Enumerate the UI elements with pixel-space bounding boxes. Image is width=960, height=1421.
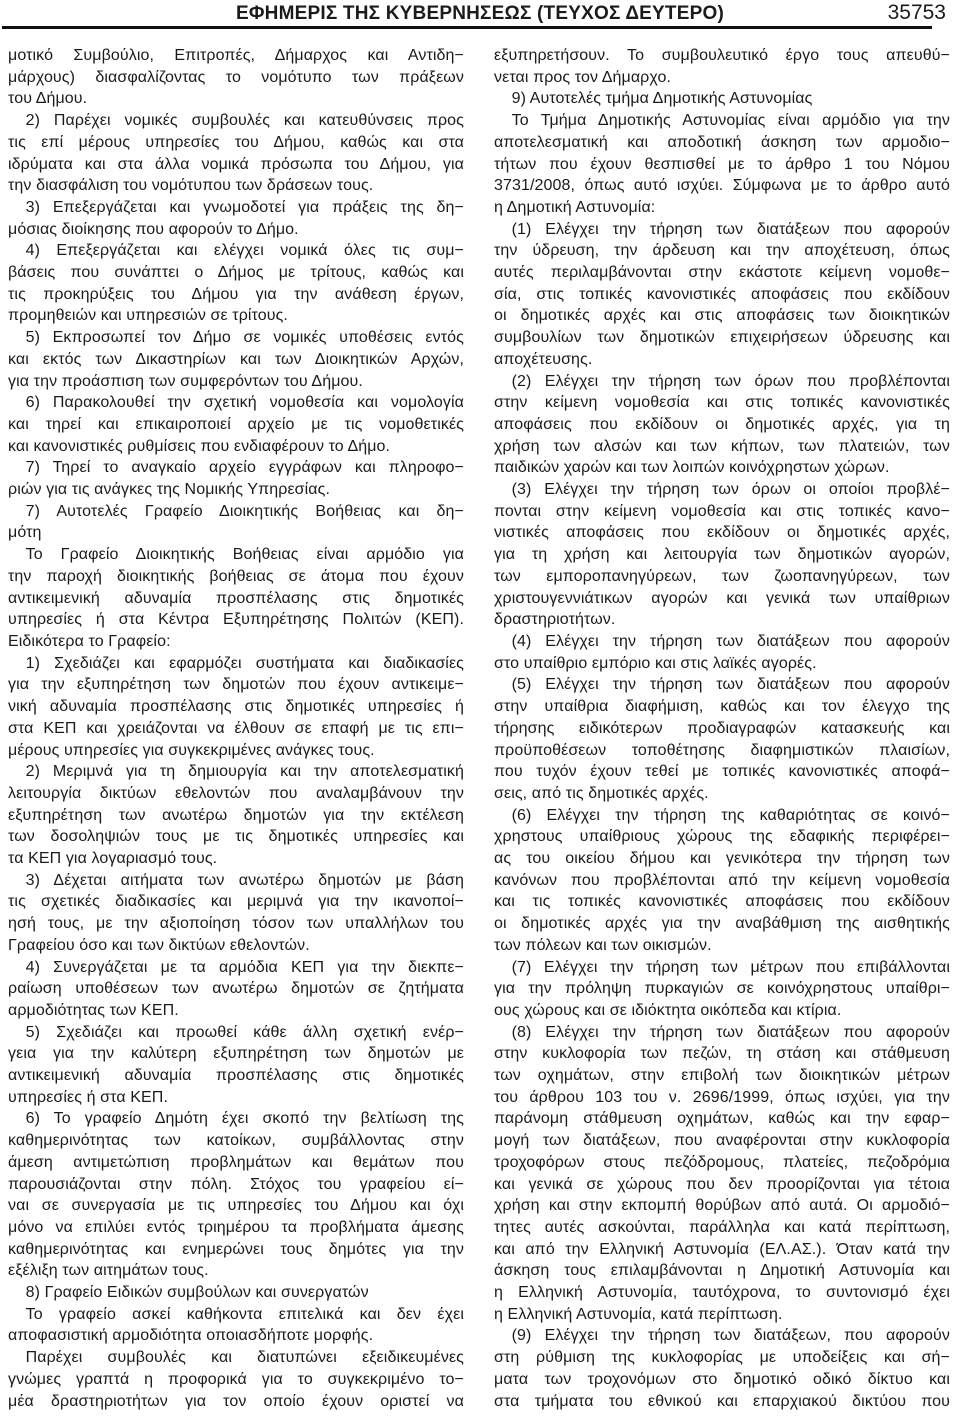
text-line: των εμποροπανηγύρεων, των ζωοπανηγύρεων,…	[494, 566, 950, 588]
text-line: στη ρύθμιση της κυκλοφορίας με υποδείξει…	[494, 1347, 950, 1369]
paragraph: (6) Ελέγχει την τήρηση της καθαριότητας …	[494, 805, 950, 957]
text-line: ιδρύματα και στα άλλα νομικά πρόσωπα του…	[8, 154, 464, 176]
page-header: ΕΦΗΜΕΡΙΣ ΤΗΣ ΚΥΒΕΡΝΗΣΕΩΣ (ΤΕΥΧΟΣ ΔΕΥΤΕΡΟ…	[0, 0, 960, 26]
text-line: ματα των τροχονόμων στο δημοτικό οδικό δ…	[494, 1369, 950, 1391]
text-line: νεται προς τον Δήμαρχο.	[494, 67, 950, 89]
text-line: Το Τμήμα Δημοτικής Αστυνομίας είναι αρμό…	[494, 110, 950, 132]
text-line: και τηρεί και επικαιροποιεί αρχείο με τι…	[8, 414, 464, 436]
text-line: (8) Ελέγχει την τήρηση των διατάξεων που…	[494, 1022, 950, 1044]
text-line: των οχημάτων, στην επιβολή των διοικητικ…	[494, 1065, 950, 1087]
text-line: υπηρεσίες ή στα Κέντρα Εξυπηρέτησης Πολι…	[8, 609, 464, 631]
text-line: στην υπαίθρια διαφήμιση, καθώς και τον έ…	[494, 696, 950, 718]
text-line: στο υπαίθριο εμπόριο και στις λαϊκές αγο…	[494, 653, 950, 675]
text-line: χρηστους υπαίθριους χώρους της εδαφικής …	[494, 826, 950, 848]
text-line: 1) Σχεδιάζει και εφαρμόζει συστήματα και…	[8, 653, 464, 675]
text-line: 5) Σχεδιάζει και προωθεί κάθε άλλη σχετι…	[8, 1022, 464, 1044]
text-line: μοτικό Συμβούλιο, Επιτροπές, Δήμαρχος κα…	[8, 45, 464, 67]
text-line: τις σχετικές διαδικασίες και μεριμνά για…	[8, 891, 464, 913]
text-line: για την πρόληψη πυρκαγιών σε κοινόχρηστο…	[494, 978, 950, 1000]
text-line: προμηθειών και υπηρεσιών σε τρίτους.	[8, 305, 464, 327]
text-line: 5) Εκπροσωπεί τον Δήμο σε νομικές υποθέσ…	[8, 327, 464, 349]
text-line: 7) Αυτοτελές Γραφείο Διοικητικής Βοήθεια…	[8, 501, 464, 523]
text-line: 8) Γραφείο Ειδικών συμβούλων και συνεργα…	[8, 1282, 464, 1304]
text-line: (5) Ελέγχει την τήρηση των διατάξεων που…	[494, 674, 950, 696]
text-line: σία, στις τοπικές κανονιστικές αποφάσεις…	[494, 284, 950, 306]
text-line: άσκηση τους επιλαμβάνονται η Δημοτική Ασ…	[494, 1260, 950, 1282]
text-line: μέα δραστηριοτήτων για τον οποίο έχουν ο…	[8, 1391, 464, 1413]
page-number: 35753	[888, 1, 946, 25]
text-line: ησή τους, με την αξιοποίηση τόσον των υπ…	[8, 913, 464, 935]
paragraph: 3) Επεξεργάζεται και γνωμοδοτεί για πράξ…	[8, 197, 464, 240]
text-line: οι δημοτικές αρχές για την αναβάθμιση τη…	[494, 913, 950, 935]
text-line: παράνομη στάθμευση οχημάτων, καθώς και τ…	[494, 1108, 950, 1130]
text-line: και τις τοπικές κανονιστικές αποφάσεις π…	[494, 891, 950, 913]
text-columns: μοτικό Συμβούλιο, Επιτροπές, Δήμαρχος κα…	[8, 45, 950, 1412]
text-line: 6) Το γραφείο Δημότη έχει σκοπό την βελτ…	[8, 1108, 464, 1130]
page-title: ΕΦΗΜΕΡΙΣ ΤΗΣ ΚΥΒΕΡΝΗΣΕΩΣ (ΤΕΥΧΟΣ ΔΕΥΤΕΡΟ…	[0, 3, 960, 25]
paragraph: (3) Ελέγχει την τήρηση των όρων οι οποίο…	[494, 479, 950, 631]
text-line: γνώμες γραπτά η προφορικά για το συγκεκρ…	[8, 1369, 464, 1391]
text-line: αποχέτευσης.	[494, 349, 950, 371]
text-line: ναι σε συνεργασία με τις υπηρεσίες του Δ…	[8, 1195, 464, 1217]
text-line: την ύδρευση, την άρδευση και την αποχέτε…	[494, 240, 950, 262]
text-line: τητες αυτές ασκούνται, παράλληλα και κατ…	[494, 1217, 950, 1239]
text-line: στην κυκλοφορία των πεζών, τη στάση και …	[494, 1043, 950, 1065]
text-line: αρμοδιότητας των ΚΕΠ.	[8, 1000, 464, 1022]
text-line: τροχοφόρων στους πεζόδρομους, πλατείες, …	[494, 1152, 950, 1174]
text-line: μέρους υπηρεσίες για συγκεκριμένες ανάγκ…	[8, 740, 464, 762]
text-line: για την προάσπιση των συμφερόντων του Δή…	[8, 371, 464, 393]
text-line: Ειδικότερα το Γραφείο:	[8, 631, 464, 653]
text-line: 3) Δέχεται αιτήματα των ανωτέρω δημοτών …	[8, 870, 464, 892]
text-line: ριών για τις ανάγκες της Νομικής Υπηρεσί…	[8, 479, 464, 501]
text-line: στην κείμενη νομοθεσία και στις τοπικές …	[494, 392, 950, 414]
text-line: εξυπηρέτηση των ανωτέρω δημοτών για την …	[8, 805, 464, 827]
text-line: μάρχους) διασφαλίζοντας το νομότυπο των …	[8, 67, 464, 89]
paragraph: 5) Σχεδιάζει και προωθεί κάθε άλλη σχετι…	[8, 1022, 464, 1109]
text-line: (4) Ελέγχει την τήρηση των διατάξεων που…	[494, 631, 950, 653]
text-line: 9) Αυτοτελές τμήμα Δημοτικής Αστυνομίας	[494, 88, 950, 110]
text-line: υπηρεσίες ή στα ΚΕΠ.	[8, 1087, 464, 1109]
text-line: και γενικά σε χώρους που δεν προορίζοντα…	[494, 1174, 950, 1196]
paragraph: 7) Αυτοτελές Γραφείο Διοικητικής Βοήθεια…	[8, 501, 464, 544]
text-line: 2) Μεριμνά για τη δημιουργία και την απο…	[8, 761, 464, 783]
paragraph: εξυπηρετήσουν. Το συμβουλευτικό έργο του…	[494, 45, 950, 88]
text-line: για την εξυπηρέτηση των δημοτών που έχου…	[8, 674, 464, 696]
text-line: η Δημοτική Αστυνομία:	[494, 197, 950, 219]
text-line: (2) Ελέγχει την τήρηση των όρων που προβ…	[494, 371, 950, 393]
text-line: (6) Ελέγχει την τήρηση της καθαριότητας …	[494, 805, 950, 827]
text-line: (9) Ελέγχει την τήρηση των διατάξεων, πο…	[494, 1325, 950, 1347]
text-line: βάσεις που συνάπτει ο Δήμος με τρίτους, …	[8, 262, 464, 284]
text-line: εξέλιξη των αιτημάτων τους.	[8, 1260, 464, 1282]
paragraph: 2) Μεριμνά για τη δημιουργία και την απο…	[8, 761, 464, 870]
text-line: Το Γραφείο Διοικητικής Βοήθειας είναι αρ…	[8, 544, 464, 566]
text-line: η Ελληνική Αστυνομία, κατά περίπτωση.	[494, 1304, 950, 1326]
text-line: Παρέχει συμβουλές και διατυπώνει εξειδικ…	[8, 1347, 464, 1369]
text-line: αποτελεσματική και αποδοτική άσκηση των …	[494, 132, 950, 154]
paragraph: (8) Ελέγχει την τήρηση των διατάξεων που…	[494, 1022, 950, 1326]
paragraph: 1) Σχεδιάζει και εφαρμόζει συστήματα και…	[8, 653, 464, 762]
text-line: την διασφάλιση του νομότυπου των δράσεων…	[8, 175, 464, 197]
header-rule	[2, 26, 932, 29]
text-line: τις επί μέρους υπηρεσίες του Δήμου, καθώ…	[8, 132, 464, 154]
text-line: μόνο να επιλύει εντός τριημέρου τα προβλ…	[8, 1217, 464, 1239]
text-line: 3) Επεξεργάζεται και γνωμοδοτεί για πράξ…	[8, 197, 464, 219]
text-line: 4) Επεξεργάζεται και ελέγχει νομικά όλες…	[8, 240, 464, 262]
text-line: προϋποθέσεων τοποθέτησης διαφημιστικών π…	[494, 740, 950, 762]
text-line: Το γραφείο ασκεί καθήκοντα επιτελικά και…	[8, 1304, 464, 1326]
text-line: αντικειμενική αδυναμία προσπέλασης στις …	[8, 1065, 464, 1087]
text-line: οι δημοτικές αρχές και στις αποφάσεις τω…	[494, 305, 950, 327]
text-line: μόσιας διοίκησης που αφορούν το Δήμο.	[8, 219, 464, 241]
text-line: 6) Παρακολουθεί την σχετική νομοθεσία κα…	[8, 392, 464, 414]
text-line: τις προκηρύξεις του Δήμου για την ανάθεσ…	[8, 284, 464, 306]
text-line: χρήση των αλσών και των κήπων, των πλατε…	[494, 436, 950, 458]
text-line: του άρθρου 103 του ν. 2696/1999, όπως ισ…	[494, 1087, 950, 1109]
text-line: Γραφείου όσο και των δικτύων εθελοντών.	[8, 935, 464, 957]
paragraph: μοτικό Συμβούλιο, Επιτροπές, Δήμαρχος κα…	[8, 45, 464, 110]
text-line: τα ΚΕΠ για λογαριασμό τους.	[8, 848, 464, 870]
text-line: μότη	[8, 522, 464, 544]
text-line: των δοσοληψιών τους με τις δημοτικές υπη…	[8, 826, 464, 848]
text-line: η Ελληνική Αστυνομία, ταυτόχρονα, το συν…	[494, 1282, 950, 1304]
text-line: πονται στην κείμενη νομοθεσία και στις τ…	[494, 501, 950, 523]
paragraph: 5) Εκπροσωπεί τον Δήμο σε νομικές υποθέσ…	[8, 327, 464, 392]
text-line: τήρησης ειδικότερων προδιαγραφών κατασκε…	[494, 718, 950, 740]
text-line: 3731/2008, όπως αυτό ισχύει. Σύμφωνα με …	[494, 175, 950, 197]
paragraph: Το γραφείο ασκεί καθήκοντα επιτελικά και…	[8, 1304, 464, 1347]
text-line: και εκτός των Δικαστηρίων και των Διοικη…	[8, 349, 464, 371]
text-line: κανόνων που προβλέπονται από την κείμενη…	[494, 870, 950, 892]
text-line: εξυπηρετήσουν. Το συμβουλευτικό έργο του…	[494, 45, 950, 67]
text-line: παρουσιάζονται στην πόλη. Στόχος του γρα…	[8, 1174, 464, 1196]
text-line: νική αδυναμία προσπέλασης στις δημοτικές…	[8, 696, 464, 718]
text-line: και κανονιστικές ρυθμίσεις που ενδιαφέρο…	[8, 436, 464, 458]
text-line: 7) Τηρεί το αναγκαίο αρχείο εγγράφων και…	[8, 457, 464, 479]
paragraph: 7) Τηρεί το αναγκαίο αρχείο εγγράφων και…	[8, 457, 464, 500]
paragraph: 9) Αυτοτελές τμήμα Δημοτικής Αστυνομίας	[494, 88, 950, 110]
text-line: αντικειμενική αδυναμία προσπέλασης στις …	[8, 588, 464, 610]
text-line: για τη χρήση και λειτουργία των δημοτικώ…	[494, 544, 950, 566]
text-line: άμεση αντιμετώπιση προβλημάτων και θεμάτ…	[8, 1152, 464, 1174]
text-line: νιστικές αποφάσεις που εκδίδουν οι δημοτ…	[494, 522, 950, 544]
paragraph: 4) Συνεργάζεται με τα αρμόδια ΚΕΠ για τη…	[8, 957, 464, 1022]
text-line: λειτουργία δικτύων εθελοντών που αναλαμβ…	[8, 783, 464, 805]
paragraph: (4) Ελέγχει την τήρηση των διατάξεων που…	[494, 631, 950, 674]
text-line: καθημερινότητας και ενημερώνει τους δημό…	[8, 1239, 464, 1261]
text-line: την παροχή διοικητικής βοήθειας σε άτομα…	[8, 566, 464, 588]
text-line: αποφασιστική αρμοδιότητα οποιασδήποτε μο…	[8, 1325, 464, 1347]
text-line: γεια για την καλύτερη εξυπηρέτηση των δη…	[8, 1043, 464, 1065]
text-line: που τυχόν έχουν τεθεί με τοπικές κανονισ…	[494, 761, 950, 783]
text-line: χριστουγεννιάτικων αγορών και γενικά των…	[494, 588, 950, 610]
text-line: αυτές περιλαμβάνονται στην εκάστοτε κείμ…	[494, 262, 950, 284]
paragraph: (5) Ελέγχει την τήρηση των διατάξεων που…	[494, 674, 950, 804]
text-line: ραίωση υποθέσεων των ανωτέρω δημοτών σε …	[8, 978, 464, 1000]
paragraph: (7) Ελέγχει την τήρηση των μέτρων που επ…	[494, 957, 950, 1022]
paragraph: 2) Παρέχει νομικές συμβουλές και κατευθύ…	[8, 110, 464, 197]
text-line: (1) Ελέγχει την τήρηση των διατάξεων που…	[494, 219, 950, 241]
text-line: συμβουλίων των δημοτικών επιχειρήσεων ύδ…	[494, 327, 950, 349]
text-line: στα ΚΕΠ και χρειάζονται να έλθουν σε επα…	[8, 718, 464, 740]
text-line: σεις, από τις δημοτικές αρχές.	[494, 783, 950, 805]
text-line: δραστηριοτήτων.	[494, 609, 950, 631]
paragraph: (2) Ελέγχει την τήρηση των όρων που προβ…	[494, 371, 950, 480]
text-line: στα τμήματα του εθνικού και επαρχιακού δ…	[494, 1391, 950, 1413]
text-line: χρήση και στην εκπομπή θορύβων από αυτά.…	[494, 1195, 950, 1217]
text-line: και από την Ελληνική Αστυνομία (ΕΛ.ΑΣ.).…	[494, 1239, 950, 1261]
text-line: καθημερινότητας των κατοίκων, συμβάλλοντ…	[8, 1130, 464, 1152]
paragraph: Το Γραφείο Διοικητικής Βοήθειας είναι αρ…	[8, 544, 464, 653]
text-line: ους χώρους και σε ιδιόκτητα οικόπεδα και…	[494, 1000, 950, 1022]
text-line: ας του οικείου δήμου και γενικότερα την …	[494, 848, 950, 870]
right-column: εξυπηρετήσουν. Το συμβουλευτικό έργο του…	[494, 45, 950, 1412]
text-line: 2) Παρέχει νομικές συμβουλές και κατευθύ…	[8, 110, 464, 132]
text-line: αποφάσεις που εκδίδουν οι δημοτικές αρχέ…	[494, 414, 950, 436]
paragraph: 6) Παρακολουθεί την σχετική νομοθεσία κα…	[8, 392, 464, 457]
text-line: (7) Ελέγχει την τήρηση των μέτρων που επ…	[494, 957, 950, 979]
text-line: του Δήμου.	[8, 88, 464, 110]
paragraph: 3) Δέχεται αιτήματα των ανωτέρω δημοτών …	[8, 870, 464, 957]
text-line: τήτων που έχουν θεσπισθεί με το άρθρο 1 …	[494, 154, 950, 176]
paragraph: 6) Το γραφείο Δημότη έχει σκοπό την βελτ…	[8, 1108, 464, 1282]
text-line: παιδικών χαρών και των λοιπών κοινόχρηστ…	[494, 457, 950, 479]
text-line: 4) Συνεργάζεται με τα αρμόδια ΚΕΠ για τη…	[8, 957, 464, 979]
paragraph: Το Τμήμα Δημοτικής Αστυνομίας είναι αρμό…	[494, 110, 950, 219]
paragraph: 4) Επεξεργάζεται και ελέγχει νομικά όλες…	[8, 240, 464, 327]
paragraph: 8) Γραφείο Ειδικών συμβούλων και συνεργα…	[8, 1282, 464, 1304]
text-line: (3) Ελέγχει την τήρηση των όρων οι οποίο…	[494, 479, 950, 501]
gazette-page: ΕΦΗΜΕΡΙΣ ΤΗΣ ΚΥΒΕΡΝΗΣΕΩΣ (ΤΕΥΧΟΣ ΔΕΥΤΕΡΟ…	[0, 0, 960, 1421]
paragraph: (9) Ελέγχει την τήρηση των διατάξεων, πο…	[494, 1325, 950, 1412]
paragraph: Παρέχει συμβουλές και διατυπώνει εξειδικ…	[8, 1347, 464, 1412]
paragraph: (1) Ελέγχει την τήρηση των διατάξεων που…	[494, 219, 950, 371]
text-line: μογή των διατάξεων, που αναφέρονται στην…	[494, 1130, 950, 1152]
text-line: των πόλεων και των οικισμών.	[494, 935, 950, 957]
left-column: μοτικό Συμβούλιο, Επιτροπές, Δήμαρχος κα…	[8, 45, 464, 1412]
